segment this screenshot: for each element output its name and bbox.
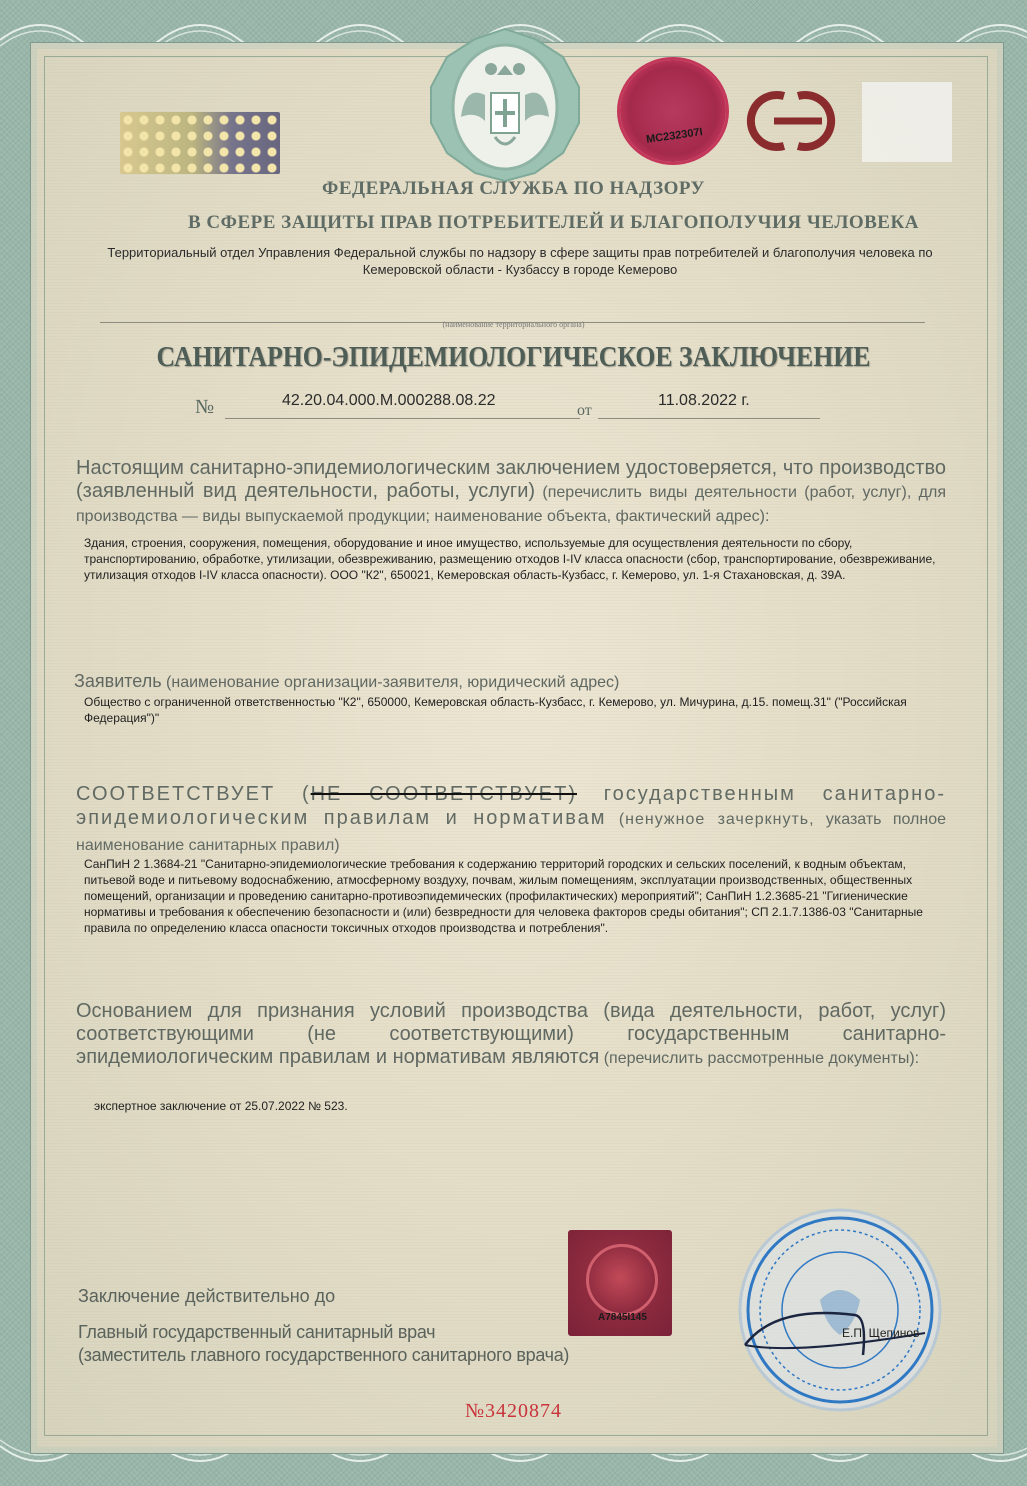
struck-out-text: НЕ СООТВЕТСТВУЕТ) (311, 783, 577, 805)
certifies-value: Здания, строения, сооружения, помещения,… (84, 535, 944, 583)
document-number: 42.20.04.000.M.000288.08.22 (282, 392, 496, 410)
hologram-ring (586, 1244, 658, 1316)
valid-until-label: Заключение действительно до (78, 1286, 335, 1307)
hologram-code: MC232307I (645, 126, 703, 146)
territorial-caption: (наименование территориального органа) (0, 320, 1027, 329)
hologram-seal-icon: MC232307I (620, 60, 726, 162)
applicant-label-row: Заявитель (наименование организации-заяв… (74, 671, 619, 692)
chief-line2: (заместитель главного государственного с… (78, 1344, 569, 1367)
applicant-label: Заявитель (74, 671, 162, 691)
number-underline (225, 418, 580, 419)
compliance-status: СООТВЕТСТВУЕТ (76, 783, 275, 805)
signer-name: Е.П. Щепинов (842, 1326, 919, 1340)
chief-doctor-title: Главный государственный санитарный врач … (78, 1321, 569, 1367)
hologram-sticker-icon (120, 112, 280, 174)
compliance-paren: ( (275, 783, 310, 805)
eagle-emblem-icon (425, 25, 585, 185)
document-title: САНИТАРНО-ЭПИДЕМИОЛОГИЧЕСКОЕ ЗАКЛЮЧЕНИЕ (41, 342, 986, 374)
sanitary-rules: СанПиН 2 1.3684-21 "Санитарно-эпидемиоло… (84, 856, 944, 936)
date-label: от (577, 402, 592, 420)
se-logo-icon (742, 86, 842, 156)
number-sign: № (195, 396, 214, 419)
blank-label (862, 82, 952, 162)
certifies-lead: Настоящим санитарно-эпидемиологическим з… (76, 457, 946, 528)
basis-value: экспертное заключение от 25.07.2022 № 52… (94, 1098, 954, 1114)
basis-hint: (перечислить рассмотренные документы): (599, 1050, 919, 1067)
compliance-hint-a: (ненужное зачеркнуть, (607, 811, 815, 828)
date-underline (598, 418, 820, 419)
applicant-value: Общество с ограниченной ответственностью… (84, 694, 944, 726)
hologram-bottom-code: А7845I145 (598, 1312, 647, 1323)
basis-lead: Основанием для признания условий произво… (76, 1000, 946, 1070)
hologram-bottom-icon: А7845I145 (568, 1230, 672, 1336)
official-stamp-icon (735, 1205, 945, 1415)
compliance-statement: СООТВЕТСТВУЕТ (НЕ СООТВЕТСТВУЕТ) государ… (76, 782, 946, 858)
form-serial-number: №3420874 (0, 1400, 1027, 1423)
territorial-body: Территориальный отдел Управления Федерал… (70, 244, 970, 278)
agency-name-line1: ФЕДЕРАЛЬНАЯ СЛУЖБА ПО НАДЗОРУ (0, 178, 1027, 200)
document-date: 11.08.2022 г. (658, 392, 750, 410)
applicant-hint: (наименование организации-заявителя, юри… (162, 674, 620, 691)
agency-name-line2: В СФЕРЕ ЗАЩИТЫ ПРАВ ПОТРЕБИТЕЛЕЙ И БЛАГО… (40, 212, 1027, 234)
chief-line1: Главный государственный санитарный врач (78, 1321, 569, 1344)
